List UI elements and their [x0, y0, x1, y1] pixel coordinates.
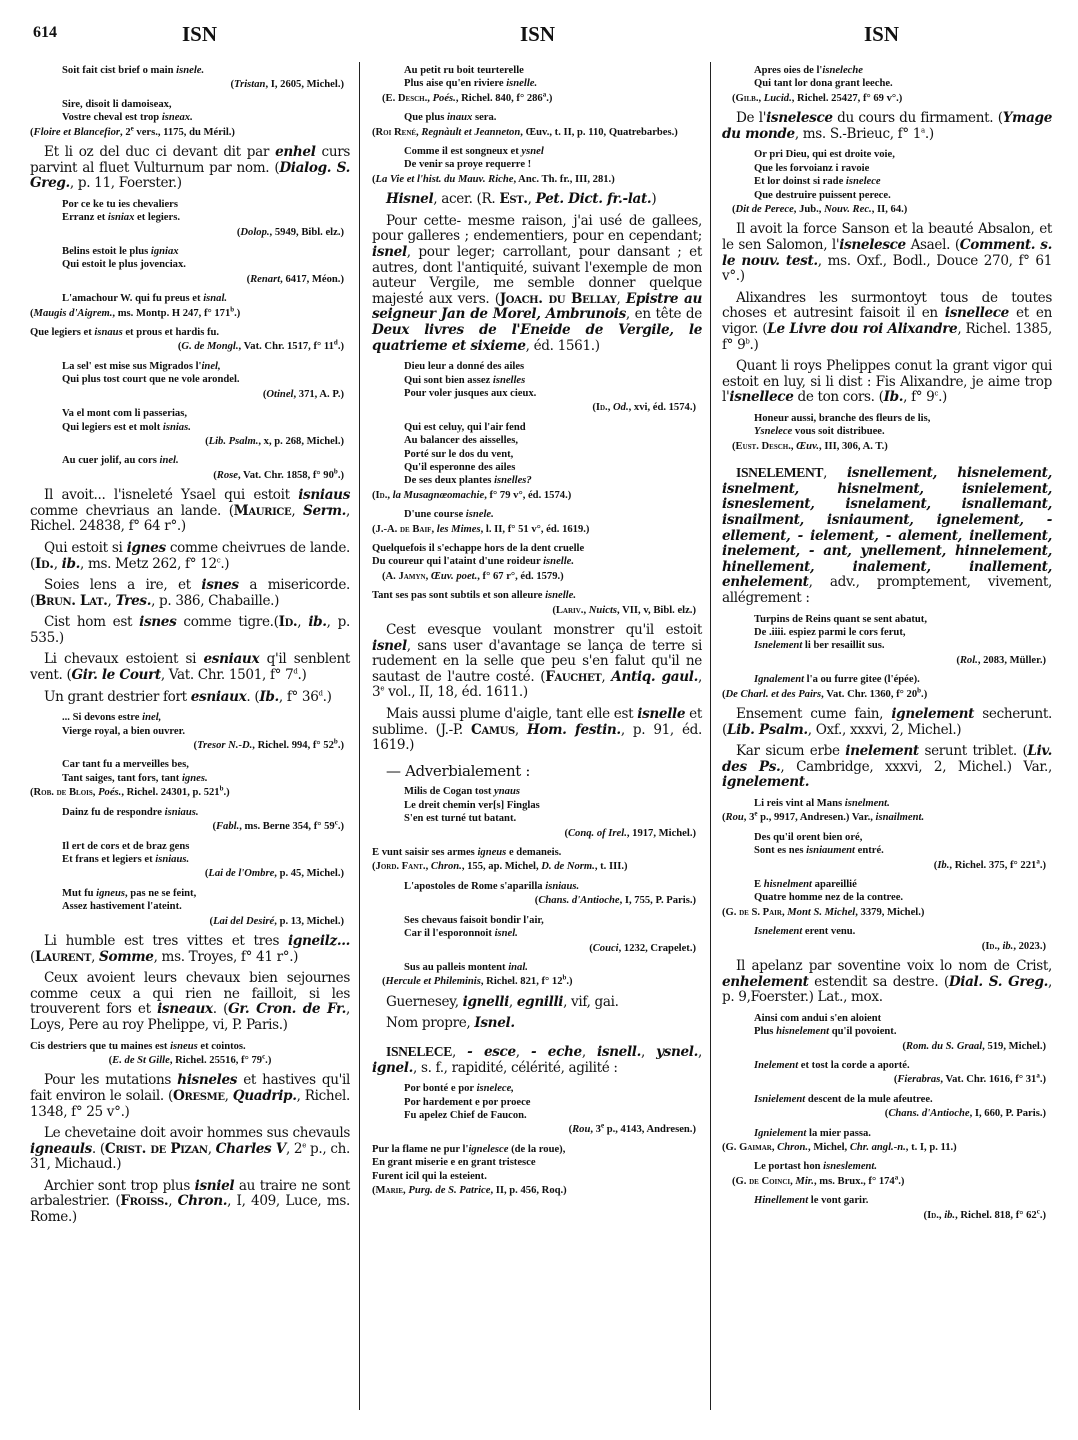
text-run: , f° 79 v°, éd. 1574.) — [484, 490, 571, 501]
text-run: vers., 1175, du Méril.) — [134, 127, 235, 138]
text-run: Cist hom est — [44, 614, 139, 630]
text-run: D'une course — [404, 509, 466, 520]
source-citation: (Lai del Desiré, p. 13, Michel.) — [30, 915, 350, 928]
italic-term: Ignalement — [754, 674, 804, 685]
text-run: Porté sur le dos du vent, — [404, 449, 513, 460]
text-run: serunt triblet. ( — [919, 743, 1028, 759]
text-run: Que les forvoianz i ravoie — [754, 163, 869, 174]
text-run: Que legiers et — [30, 327, 94, 338]
italic-term: De Charl. et des Pairs — [726, 689, 822, 700]
source-citation: (Renart, 6417, Méon.) — [30, 273, 350, 286]
italic-term: Ysnelece — [754, 426, 792, 437]
italic-term: Floire et Blancefior — [34, 127, 121, 138]
text-run: , 1917, Michel.) — [627, 828, 696, 839]
verse-quotation: Mut fu igneus, pas ne se feint,Assez has… — [30, 887, 350, 914]
italic-term: isnelle. — [506, 78, 537, 89]
text-run: , x, p. 268, Michel.) — [258, 436, 344, 447]
text-run: , — [91, 949, 99, 965]
italic-term: ignes — [127, 540, 166, 556]
text-run: . ( — [92, 1141, 105, 1157]
text-run: Erranz et — [62, 212, 108, 223]
verse-quotation: Apres oies de l'isnelecheQui tant lor do… — [722, 64, 1052, 91]
text-run: vous soit distribuee. — [792, 426, 884, 437]
text-run: , Vat. Chr. 1501, f° 7 — [161, 667, 294, 683]
author-name: Id. — [279, 614, 298, 630]
text-run: , éd. 1561.) — [526, 338, 600, 354]
verse-line: Turpins de Reins quant se sent abatut, — [754, 613, 1052, 626]
text-run: L'amachour W. qui fu preus et — [62, 293, 203, 304]
text-run: Li humble est tres vittes et tres — [44, 933, 288, 949]
verse-quotation: Isnelement erent venu. — [722, 925, 1052, 938]
text-run: Turpins de Reins quant se sent abatut, — [754, 614, 927, 625]
text-run: Mut fu — [62, 888, 96, 899]
verse-quotation: Tant ses pas sont subtils et son alleure… — [372, 589, 702, 602]
verse-quotation: Inelement et tost la corde a aporté. — [722, 1059, 1052, 1072]
text-run: , p. 11, Foerster.) — [70, 175, 182, 191]
verse-line: Honeur aussi, branche des fleurs de lis, — [754, 412, 1052, 425]
italic-term: Fabl. — [216, 821, 239, 832]
prose-quotation: Ceux avoient leurs chevaux bien sejourne… — [30, 971, 350, 1033]
verse-line: Belins estoit le plus igniax — [62, 245, 350, 258]
italic-term: Fierabras — [897, 1074, 940, 1085]
italic-term: egnilli — [517, 994, 563, 1010]
source-citation: (E. Desch., Poés., Richel. 840, f° 286a.… — [372, 92, 702, 105]
verse-line: Por hardement e por proece — [404, 1096, 702, 1109]
text-run: Ensement cume fain, — [736, 706, 891, 722]
italic-term: Le Livre dou roi Alixandre — [767, 321, 957, 337]
italic-term: enhel — [275, 144, 315, 160]
verse-line: Ignielement la mier passa. — [754, 1127, 1052, 1140]
source-citation: (Tristan, I, 2605, Michel.) — [30, 78, 350, 91]
prose-quotation: Cest evesque voulant monstrer qu'il esto… — [372, 623, 702, 701]
italic-term: enhelement — [722, 974, 809, 990]
verse-line: La sel' est mise sus Migrados l'inel, — [62, 360, 350, 373]
text-run: Sire, disoit li damoiseax, — [62, 99, 172, 110]
text-run: Du coureur qui l'ataint d'une roideur — [372, 556, 543, 567]
text-run: , — [528, 191, 536, 207]
italic-term: Lucid. — [764, 93, 792, 104]
verse-quotation: D'une course isnele. — [372, 508, 702, 521]
text-run: Milis de Cogan tost — [404, 786, 494, 797]
italic-term: isnele. — [176, 65, 204, 76]
verse-quotation: La sel' est mise sus Migrados l'inel,Qui… — [30, 360, 350, 387]
verse-line: Au petit ru boit teurterelle — [404, 64, 702, 77]
prose-quotation: Guernesey, ignelli, egnilli, vif, gai. — [372, 995, 702, 1011]
italic-term: isniaus. — [545, 881, 579, 892]
source-citation: (Rol., 2083, Müller.) — [722, 654, 1052, 667]
italic-term: hisneles — [177, 1072, 237, 1088]
source-citation: (Lib. Psalm., x, p. 268, Michel.) — [30, 435, 350, 448]
italic-term: isniaus. — [155, 854, 189, 865]
text-run: , 155, ap. Michel, — [462, 861, 541, 872]
text-run: Sus au palleis montent — [404, 962, 508, 973]
verse-line: Que legiers et isnaus et prous et hardis… — [30, 326, 350, 339]
verse-quotation: Or pri Dieu, qui est droite voie,Que les… — [722, 148, 1052, 202]
text-run: , Vat. Chr. 1858, f° 90 — [238, 470, 334, 481]
source-citation: (Id., ib., 2023.) — [722, 940, 1052, 953]
italic-term: Ib. — [884, 389, 904, 405]
prose-quotation: Pour cette- mesme raison, j'ai usé de ga… — [372, 214, 702, 354]
column-rule-right — [710, 62, 711, 1410]
author-name: Gaimar — [739, 1142, 772, 1153]
text-run: , — [509, 994, 517, 1010]
text-run: ... Si devons estre — [62, 712, 142, 723]
text-run: , 2 — [120, 127, 131, 138]
italic-term: inelement — [845, 743, 919, 759]
verse-quotation: Ses chevaus faisoit bondir l'air,Car il … — [372, 914, 702, 941]
italic-term: isneslement. — [823, 1161, 877, 1172]
italic-term: Serm. — [303, 503, 346, 519]
author-name: Froiss. — [120, 1193, 168, 1209]
verse-line: Comme il est songneux et ysnel — [404, 145, 702, 158]
text-run: Li chevaux estoient si — [44, 651, 204, 667]
verse-line: Du coureur qui l'ataint d'une roideur is… — [372, 555, 702, 568]
text-run: , — [641, 1044, 656, 1060]
text-run: , acer. (R. — [433, 191, 499, 207]
italic-term: ib. — [1002, 941, 1013, 952]
verse-quotation: ... Si devons estre inel,Vierge royal, a… — [30, 711, 350, 738]
verse-line: De .iiii. espiez parmi le cors ferut, — [754, 626, 1052, 639]
verse-quotation: Que legiers et isnaus et prous et hardis… — [30, 326, 350, 339]
text-run: .) — [323, 689, 332, 705]
verse-line: Et lor doinst si rade isnelece — [754, 175, 1052, 188]
text-run: Le chevetaine doit avoir hommes sus chev… — [44, 1125, 350, 1141]
italic-term: ignelesce — [468, 1144, 508, 1155]
italic-term: isneus — [170, 1041, 198, 1052]
italic-term: isnellece — [945, 305, 1009, 321]
text-run: , l. II, f° 51 v°, éd. 1619.) — [481, 524, 590, 535]
text-run: qu'il povoient. — [829, 1026, 896, 1037]
verse-line: Isnielement descent de la mule afeutree. — [754, 1093, 1052, 1106]
verse-quotation: Ignielement la mier passa. — [722, 1127, 1052, 1140]
verse-line: Qui sont bien assez isnelles — [404, 374, 702, 387]
source-citation: (J.-A. de Baif, les Mimes, l. II, f° 51 … — [372, 523, 702, 536]
italic-term: Maugis d'Aigrem. — [34, 308, 113, 319]
text-run: comme chevriaus an lande. ( — [30, 503, 234, 519]
source-citation: (Lariv., Nuicts, VII, v, Bibl. elz.) — [372, 604, 702, 617]
text-run: , 2023.) — [1013, 941, 1046, 952]
text-run: .) — [338, 821, 344, 832]
verse-quotation: L'amachour W. qui fu preus et isnal. — [30, 292, 350, 305]
text-run: Guernesey, — [386, 994, 463, 1010]
verse-line: E vunt saisir ses armes igneus e demanei… — [372, 846, 702, 859]
italic-term: Isnel. — [474, 1015, 514, 1031]
verse-line: Vostre cheval est trop isneax. — [62, 111, 350, 124]
verse-line: Or pri Dieu, qui est droite voie, — [754, 148, 1052, 161]
verse-line: Et frans et legiers et isniaus. — [62, 853, 350, 866]
verse-line: Que les forvoianz i ravoie — [754, 162, 1052, 175]
text-run: .) — [265, 1055, 271, 1066]
text-run: Ainsi com andui s'en aloient — [754, 1013, 881, 1024]
verse-line: L'apostoles de Rome s'aparilla isniaus. — [404, 880, 702, 893]
verse-quotation: Va el mont com li passerias,Qui legiers … — [30, 407, 350, 434]
text-run: , ms. Montp. H 247, f° 171 — [112, 308, 230, 319]
text-run: .) — [224, 787, 230, 798]
verse-line: Plus aise qu'en riviere isnelle. — [404, 77, 702, 90]
italic-term: Tres. — [116, 593, 152, 609]
text-run: , Richel. 840, f° 286 — [456, 93, 543, 104]
text-run: .) — [338, 470, 344, 481]
italic-term: Dial. S. Greg. — [949, 974, 1048, 990]
source-citation: (Eust. Desch., Œuv., III, 306, A. T.) — [722, 440, 1052, 453]
source-citation: (Chans. d'Antioche, I, 755, P. Paris.) — [372, 894, 702, 907]
author-name: Desch. — [398, 93, 427, 104]
text-run: , — [452, 1044, 467, 1060]
verse-line: Ainsi com andui s'en aloient — [754, 1012, 1052, 1025]
italic-term: igniax — [151, 246, 179, 257]
text-run: , Anc. Th. fr., III, 281.) — [513, 174, 614, 185]
italic-term: isnias. — [163, 422, 191, 433]
verse-quotation: Hinellement le vont garir. — [722, 1194, 1052, 1207]
italic-term: Dit de Perece — [736, 204, 794, 215]
text-run: .) — [750, 337, 759, 353]
source-citation: (De Charl. et des Pairs, Vat. Chr. 1360,… — [722, 688, 1052, 701]
verse-line: En grant miserie e en grant tristesce — [372, 1156, 702, 1169]
italic-term: Rose — [217, 470, 238, 481]
text-run: , Richel. 994, f° 52 — [252, 740, 334, 751]
text-run: .) — [1040, 1074, 1046, 1085]
text-run: , — [516, 1044, 531, 1060]
verse-quotation: Dieu leur a donné des ailesQui sont bien… — [372, 360, 702, 400]
dictionary-entry-headword: ISNELEMENT, isnellement, hisnelement, is… — [722, 465, 1052, 606]
text-run: Dainz fu de respondre — [62, 807, 165, 818]
text-run: (A. — [382, 571, 398, 582]
italic-term: Lai de l'Ombre — [208, 868, 274, 879]
author-name: Lariv. — [556, 605, 584, 616]
verse-quotation: Li reis vint al Mans isnelment. — [722, 797, 1052, 810]
italic-term: Chans. d'Antioche — [538, 895, 619, 906]
column-right: Apres oies de l'isnelecheQui tant lor do… — [722, 64, 1052, 1228]
text-run: Soit fait cist brief o main — [62, 65, 176, 76]
verse-line: Qui legiers est et molt isnias. — [62, 421, 350, 434]
text-run: Qu'il esperonne des ailes — [404, 462, 515, 473]
text-run: Fu apelez Chief de Faucon. — [404, 1110, 527, 1121]
italic-term: isniaus. — [165, 807, 199, 818]
text-run: Qui estoit si — [44, 540, 127, 556]
text-run: . ( — [246, 689, 259, 705]
italic-term: isnelment. — [845, 798, 890, 809]
text-run: , ms. Berne 354, f° 59 — [239, 821, 334, 832]
italic-term: isnellece — [729, 389, 793, 405]
text-run: Que plus — [404, 112, 447, 123]
author-name: Id. — [985, 941, 997, 952]
italic-term: Isnelement — [754, 926, 802, 937]
prose-quotation: Soies lens a ire, et isnes a misericorde… — [30, 578, 350, 609]
verse-line: Qui est celuy, qui l'air fend — [404, 421, 702, 434]
text-run: Qui est celuy, qui l'air fend — [404, 422, 526, 433]
author-name: Id. — [376, 490, 388, 501]
text-run: Plus aise qu'en riviere — [404, 78, 506, 89]
text-run: , vif, gai. — [563, 994, 618, 1010]
text-run: p., 9917, Andresen.) Var., — [758, 812, 876, 823]
source-citation: (La Vie et l'hist. du Mauv. Riche, Anc. … — [372, 173, 702, 186]
verse-quotation: Des qu'il orent bien oré,Sont es nes isn… — [722, 831, 1052, 858]
verse-line: Apres oies de l'isneleche — [754, 64, 1052, 77]
italic-term: ignelement — [891, 706, 974, 722]
text-run: Honeur aussi, branche des fleurs de lis, — [754, 413, 930, 424]
text-run: (G. — [722, 907, 739, 918]
italic-term: isniel — [195, 1178, 235, 1194]
text-run: , I, 2605, Michel.) — [265, 79, 344, 90]
text-run: , Richel. 375, f° 221 — [949, 860, 1036, 871]
source-citation: (Otinel, 371, A. P.) — [30, 388, 350, 401]
italic-term: isnelles — [493, 375, 525, 386]
verse-quotation: Il ert de cors et de braz gensEt frans e… — [30, 840, 350, 867]
column-left: Soit fait cist brief o main isnele.(Tris… — [30, 64, 350, 1232]
text-run: descent de la mule afeutree. — [805, 1094, 933, 1105]
text-run: , p. 13, Michel.) — [274, 916, 344, 927]
italic-term: isnal. — [203, 293, 227, 304]
text-run: Qui tant lor dona grant leeche. — [754, 78, 893, 89]
source-citation: (Roi René, Regnàult et Jeanneton, Œuv., … — [372, 126, 702, 139]
italic-term: Somme — [99, 949, 154, 965]
verse-line: Qui tant lor dona grant leeche. — [754, 77, 1052, 90]
text-run: Car il l'esporonnoit — [404, 928, 495, 939]
italic-term: - esce — [467, 1044, 516, 1060]
source-citation: (Id., la Musagnœomachie, f° 79 v°, éd. 1… — [372, 489, 702, 502]
verse-quotation: Por bonté e por isnelece,Por hardement e… — [372, 1082, 702, 1122]
prose-quotation: De l'isnelesce du cours du firmament. (Y… — [722, 111, 1052, 142]
author-name: Fauchet — [545, 669, 601, 685]
text-run: De venir sa proye requerre ! — [404, 159, 531, 170]
prose-quotation: Et li oz del duc ci devant dit par enhel… — [30, 145, 350, 192]
italic-term: Pet. Dict. fr.-lat. — [536, 191, 652, 207]
italic-term: D. de Norm. — [541, 861, 595, 872]
source-citation: (Lai de l'Ombre, p. 45, Michel.) — [30, 867, 350, 880]
text-run: , 2083, Müller.) — [978, 655, 1046, 666]
italic-term: ib. — [944, 1210, 955, 1221]
author-name: Laurent — [35, 949, 91, 965]
text-run: vol., II, 18, éd. 1611.) — [384, 684, 528, 700]
verse-line: ... Si devons estre inel, — [62, 711, 350, 724]
text-run: , — [515, 722, 527, 738]
italic-term: ignelli — [463, 994, 509, 1010]
italic-term: - eche — [531, 1044, 582, 1060]
italic-term: ysnel — [521, 146, 543, 157]
text-run: , 3379, Michel.) — [855, 907, 924, 918]
source-citation: (Gilb., Lucid., Richel. 25427, f° 69 v°.… — [722, 92, 1052, 105]
verse-quotation: Cis destriers que tu maines est isneus e… — [30, 1040, 350, 1053]
prose-quotation: Qui estoit si ignes comme cheivrues de l… — [30, 541, 350, 572]
verse-line: Sont es nes isniaument entré. — [754, 844, 1052, 857]
author-name: Id. — [927, 1210, 939, 1221]
prose-quotation: Mais aussi plume d'aigle, tant elle est … — [372, 707, 702, 754]
source-citation: (G. de Mongl., Vat. Chr. 1517, f° 11d.) — [30, 340, 350, 353]
verse-quotation: Isnielement descent de la mule afeutree. — [722, 1093, 1052, 1106]
verse-quotation: Belins estoit le plus igniaxQui estoit l… — [30, 245, 350, 272]
italic-term: inaux — [447, 112, 472, 123]
source-citation: (Rob. de Blois, Poés., Richel. 24301, p.… — [30, 786, 350, 799]
text-run: Pour cette- mesme raison, j'ai usé de ga… — [372, 213, 702, 245]
text-run: .) — [925, 126, 934, 142]
italic-term: Rom. du S. Graal — [906, 1041, 982, 1052]
prose-quotation: Alixandres les surmontoyt tous de toutes… — [722, 291, 1052, 353]
text-run: , Jub., — [794, 204, 824, 215]
verse-line: Vierge royal, a bien ouvrer. — [62, 725, 350, 738]
italic-term: Chron. — [431, 861, 462, 872]
text-run: Il ert de cors et de braz gens — [62, 841, 189, 852]
text-run: .) — [938, 389, 947, 405]
text-run: Pour les mutations — [44, 1072, 177, 1088]
source-citation: (Chans. d'Antioche, I, 660, P. Paris.) — [722, 1107, 1052, 1120]
verse-line: Le dreit chemin ver[s] Finglas — [404, 799, 702, 812]
italic-term: Gir. le Court — [71, 667, 160, 683]
source-citation: (Rou, 3e p., 4143, Andresen.) — [372, 1123, 702, 1136]
source-citation: (Rose, Vat. Chr. 1858, f° 90b.) — [30, 469, 350, 482]
text-run: , f° 67 r°, éd. 1579.) — [477, 571, 563, 582]
italic-term: isnelece — [846, 176, 881, 187]
italic-term: ib. — [308, 614, 326, 630]
source-citation: (A. Jamyn, Œuv. poet., f° 67 r°, éd. 157… — [372, 570, 702, 583]
italic-term: Otinel — [266, 389, 293, 400]
running-head-center: ISN — [520, 22, 555, 47]
text-run: , Vat. Chr. 1616, f° 31 — [940, 1074, 1036, 1085]
text-run: Qui plus tost court que ne vole arondel. — [62, 374, 240, 385]
italic-term: Lib. Psalm. — [727, 722, 808, 738]
text-run: Tant saiges, tant fors, tant — [62, 773, 182, 784]
text-run: comme tigre.( — [176, 614, 278, 630]
text-run: , t. III.) — [595, 861, 628, 872]
dictionary-entry-headword: ISNELECE, - esce, - eche, isnell., ysnel… — [372, 1044, 702, 1076]
text-run: , Vat. Chr. 1517, f° 11 — [239, 341, 334, 352]
italic-term: isnelle. — [543, 556, 574, 567]
text-run: Pur la flame ne pur l' — [372, 1144, 468, 1155]
verse-line: Cis destriers que tu maines est isneus e… — [30, 1040, 350, 1053]
text-run: Vostre cheval est trop — [62, 112, 162, 123]
text-run: , — [582, 1044, 597, 1060]
text-run: Il avoit... l'isneleté Ysael qui estoit — [44, 487, 298, 503]
italic-term: isniaus — [298, 487, 350, 503]
verse-line: Ses chevaus faisoit bondir l'air, — [404, 914, 702, 927]
italic-term: la Musagnœomachie — [393, 490, 485, 501]
text-run: Pour voler jusques aux cieux. — [404, 388, 536, 399]
verse-line: S'en est turné tut batant. — [404, 812, 702, 825]
author-name: Oresme — [173, 1088, 225, 1104]
italic-term: Œuv. poet. — [431, 571, 477, 582]
verse-line: Dieu leur a donné des ailes — [404, 360, 702, 373]
author-name: Id. — [596, 402, 608, 413]
text-run: Plus — [754, 1026, 776, 1037]
text-run: , s. f., rapidité, célérité, agilité : — [413, 1060, 618, 1076]
text-run: Car tant fu a merveilles bes, — [62, 759, 189, 770]
text-run: , 519, Michel.) — [982, 1041, 1046, 1052]
text-run: , Œuv., t. II, p. 110, Quatrebarbes.) — [520, 127, 678, 138]
text-run: et prous et hardis fu. — [123, 327, 219, 338]
text-run: , — [168, 1193, 177, 1209]
text-run: Des qu'il orent bien oré, — [754, 832, 862, 843]
verse-line: Por ce ke tu ies chevaliers — [62, 198, 350, 211]
verse-line: Car tant fu a merveilles bes, — [62, 758, 350, 771]
italic-term: Nouv. Rec. — [824, 204, 872, 215]
text-run: , ms. Metz 262, f° 12 — [80, 556, 217, 572]
text-run: Comme il est songneux et — [404, 146, 521, 157]
italic-term: isnel. — [495, 928, 518, 939]
italic-term: Rou — [726, 812, 744, 823]
text-run: , p. 386, Chabaille.) — [151, 593, 279, 609]
text-run: Va el mont com li passerias, — [62, 408, 187, 419]
italic-term: isnelle — [637, 706, 685, 722]
verse-quotation: Comme il est songneux et ysnelDe venir s… — [372, 145, 702, 172]
author-name: Jamyn — [398, 571, 425, 582]
text-run: , — [698, 1044, 702, 1060]
text-run: Por ce ke tu ies chevaliers — [62, 199, 178, 210]
text-run: Un grant destrier fort — [44, 689, 191, 705]
verse-line: Que plus inaux sera. — [404, 111, 702, 124]
italic-term: inel. — [160, 455, 179, 466]
text-run: Quelquefois il s'echappe hors de la dent… — [372, 543, 584, 554]
text-run: , — [54, 556, 62, 572]
text-run: Vierge royal, a bien ouvrer. — [62, 726, 185, 737]
